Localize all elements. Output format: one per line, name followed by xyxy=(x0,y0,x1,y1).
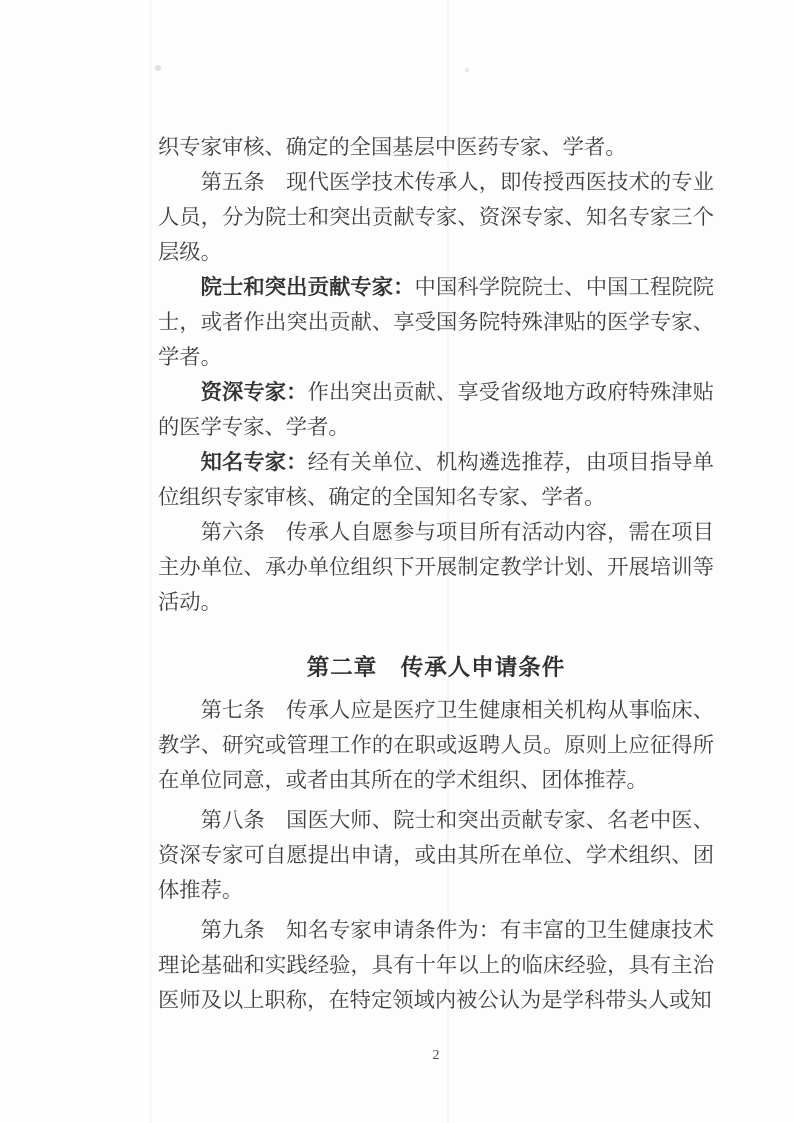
doc-paragraph: 资深专家：作出突出贡献、享受省级地方政府特殊津贴的医学专家、学者。 xyxy=(158,375,714,445)
chapter-heading: 第二章 传承人申请条件 xyxy=(158,648,714,688)
doc-paragraph: 第六条 传承人自愿参与项目所有活动内容，需在项目主办单位、承办单位组织下开展制定… xyxy=(158,515,714,620)
term-label: 资深专家： xyxy=(201,380,308,404)
doc-paragraph: 织专家审核、确定的全国基层中医药专家、学者。 xyxy=(158,130,714,165)
scan-speck-artifact xyxy=(155,65,161,71)
doc-paragraph: 第七条 传承人应是医疗卫生健康相关机构从事临床、教学、研究或管理工作的在职或返聘… xyxy=(158,693,714,798)
term-label: 知名专家： xyxy=(201,450,308,474)
document-body: 织专家审核、确定的全国基层中医药专家、学者。第五条 现代医学技术传承人，即传授西… xyxy=(158,130,714,1018)
doc-paragraph: 知名专家：经有关单位、机构遴选推荐，由项目指导单位组织专家审核、确定的全国知名专… xyxy=(158,445,714,515)
term-label: 院士和突出贡献专家： xyxy=(201,275,415,299)
text-run: 第六条 传承人自愿参与项目所有活动内容，需在项目主办单位、承办单位组织下开展制定… xyxy=(158,520,714,614)
scanned-document-page: 织专家审核、确定的全国基层中医药专家、学者。第五条 现代医学技术传承人，即传授西… xyxy=(0,0,794,1123)
doc-paragraph: 院士和突出贡献专家：中国科学院院士、中国工程院院士，或者作出突出贡献、享受国务院… xyxy=(158,270,714,375)
doc-paragraph: 第九条 知名专家申请条件为：有丰富的卫生健康技术理论基础和实践经验，具有十年以上… xyxy=(158,913,714,1018)
text-run: 第五条 现代医学技术传承人，即传授西医技术的专业人员，分为院士和突出贡献专家、资… xyxy=(158,170,714,264)
scan-streak-artifact xyxy=(150,0,152,1123)
text-run: 第八条 国医大师、院士和突出贡献专家、名老中医、资深专家可自愿提出申请，或由其所… xyxy=(158,808,714,902)
text-run: 织专家审核、确定的全国基层中医药专家、学者。 xyxy=(158,135,627,159)
page-number: 2 xyxy=(158,1048,714,1064)
text-run: 第七条 传承人应是医疗卫生健康相关机构从事临床、教学、研究或管理工作的在职或返聘… xyxy=(158,698,714,792)
doc-paragraph: 第八条 国医大师、院士和突出贡献专家、名老中医、资深专家可自愿提出申请，或由其所… xyxy=(158,803,714,908)
doc-paragraph: 第五条 现代医学技术传承人，即传授西医技术的专业人员，分为院士和突出贡献专家、资… xyxy=(158,165,714,270)
scan-speck-artifact xyxy=(465,68,469,72)
text-run: 第九条 知名专家申请条件为：有丰富的卫生健康技术理论基础和实践经验，具有十年以上… xyxy=(158,918,714,1012)
